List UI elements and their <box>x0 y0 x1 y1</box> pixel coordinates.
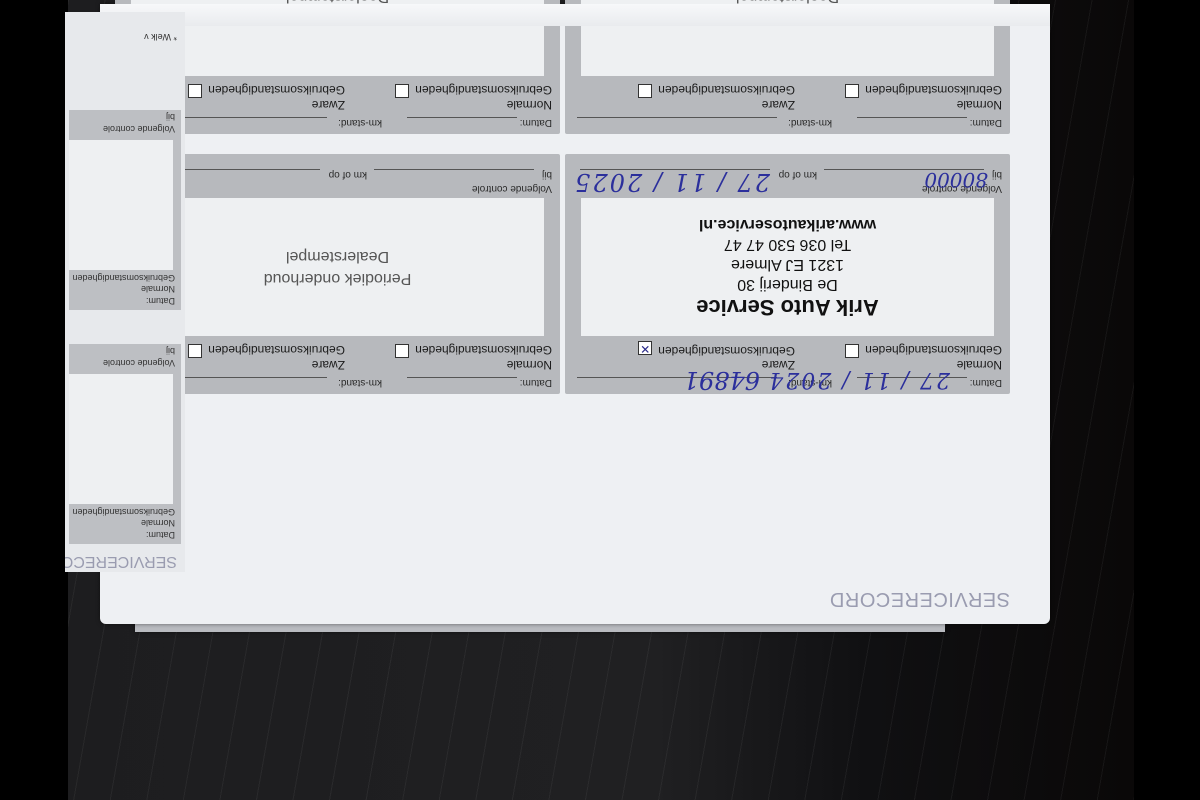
normale-gebruik: Gebruiksomstandigheden <box>395 83 552 98</box>
normale-label: Normale <box>141 518 175 528</box>
zware-gebruik: Gebruiksomstandigheden <box>638 83 795 98</box>
bij-label: bij <box>166 112 175 122</box>
km-stand-label: km-stand: <box>338 377 382 388</box>
km-stand-label: km-stand: <box>788 117 832 128</box>
zware-gebruik: Gebruiksomstandigheden <box>188 343 345 358</box>
normale-checkbox[interactable] <box>845 344 859 358</box>
km-of-op-label: km of op <box>329 169 367 180</box>
zware-checkbox[interactable] <box>188 84 202 98</box>
zware-gebruik: Gebruiksomstandigheden <box>188 83 345 98</box>
volgende-controle-label: Volgende controle <box>103 358 175 368</box>
dealer-stamp-area: Periodiek onderhoud Dealerstempel <box>581 0 994 76</box>
zware-checkbox[interactable] <box>188 344 202 358</box>
bij-label: bij <box>166 346 175 356</box>
normale-checkbox[interactable] <box>395 344 409 358</box>
facing-footnote: * Welk v <box>144 32 177 42</box>
gebruik-label: Gebruiksomstandigheden <box>72 507 175 517</box>
service-entry-3: Datum: km-stand: Normale Gebruiksomstand… <box>565 0 1010 134</box>
periodiek-onderhoud-label: Periodiek onderhoud <box>714 7 862 29</box>
datum-label: Datum: <box>970 377 1002 388</box>
km-of-op-label: km of op <box>779 169 817 180</box>
zware-checkbox[interactable] <box>638 84 652 98</box>
km-stand-line <box>577 117 777 118</box>
zware-label: Zware <box>762 358 795 372</box>
facing-page: SERVICERECORD Datum: Normale Gebruiksoms… <box>65 12 185 572</box>
zware-label: Zware <box>312 358 345 372</box>
datum-label: Datum: <box>520 117 552 128</box>
facing-entry-1: Datum: Normale Gebruiksomstandigheden Vo… <box>69 344 181 544</box>
service-booklet: SERVICERECORD Datum: km-stand: 27 / 11 /… <box>0 0 1200 800</box>
entry-header: Datum: km-stand: <box>123 117 552 128</box>
page-title: SERVICERECORD <box>829 587 1010 610</box>
normale-label: Normale <box>507 358 552 372</box>
stamp-area <box>69 140 173 270</box>
stamp-phone: Tel 036 530 47 47 <box>696 234 879 254</box>
stamp-website: www.arikautoservice.nl <box>696 214 879 234</box>
datum-label: Datum: <box>146 530 175 540</box>
stamp-name: Arik Auto Service <box>696 294 879 320</box>
bij-label: bij <box>542 169 552 180</box>
datum-line <box>407 117 517 118</box>
zware-gebruik: Gebruiksomstandigheden✕ <box>638 341 795 358</box>
datum-label: Datum: <box>970 117 1002 128</box>
normale-gebruik: Gebruiksomstandigheden <box>845 343 1002 358</box>
zware-checkbox-checked[interactable]: ✕ <box>638 341 652 355</box>
datum-line <box>407 377 517 378</box>
normale-label: Normale <box>957 358 1002 372</box>
entry-footer: Volgende controle bij km of op <box>123 183 552 194</box>
handwritten-next-km: 80000 <box>924 168 988 192</box>
datum-label: Datum: <box>146 296 175 306</box>
stamp-city: 1321 EJ Almere <box>696 254 879 274</box>
handwritten-next-date: 27 / 11 / 2025 <box>573 168 770 196</box>
dealerstempel-label: Dealerstempel <box>286 0 389 7</box>
dealer-stamp: Arik Auto Service De Binderij 30 1321 EJ… <box>696 214 879 320</box>
dealerstempel-label: Dealerstempel <box>286 245 389 267</box>
normale-label: Normale <box>141 284 175 294</box>
datum-line <box>857 117 967 118</box>
normale-gebruik: Gebruiksomstandigheden <box>395 343 552 358</box>
stamp-area <box>69 374 173 504</box>
normale-checkbox[interactable] <box>845 84 859 98</box>
normale-label: Normale <box>507 98 552 112</box>
service-record-page: SERVICERECORD Datum: km-stand: 27 / 11 /… <box>100 4 1050 624</box>
dealer-stamp-area: Periodiek onderhoud Dealerstempel <box>131 198 544 336</box>
entry-header: Datum: km-stand: <box>123 377 552 388</box>
entry-header: Datum: km-stand: <box>573 117 1002 128</box>
normale-label: Normale <box>957 98 1002 112</box>
bij-line <box>374 169 534 170</box>
dealer-stamp-area: Arik Auto Service De Binderij 30 1321 EJ… <box>581 198 994 336</box>
service-entry-1: Datum: km-stand: 27 / 11 / 2024 64891 No… <box>565 154 1010 394</box>
volgende-controle-label: Volgende controle <box>103 124 175 134</box>
dealerstempel-label: Dealerstempel <box>736 0 839 7</box>
bij-label: bij <box>992 169 1002 180</box>
stamp-street: De Binderij 30 <box>696 274 879 294</box>
volgende-controle-label: Volgende controle <box>472 183 552 194</box>
handwritten-km: 64891 <box>684 366 760 394</box>
gebruik-label: Gebruiksomstandigheden <box>72 273 175 283</box>
datum-label: Datum: <box>520 377 552 388</box>
facing-page-title: SERVICERECORD <box>65 552 177 570</box>
periodiek-onderhoud-label: Periodiek onderhoud <box>264 7 412 29</box>
normale-checkbox[interactable] <box>395 84 409 98</box>
zware-label: Zware <box>762 98 795 112</box>
facing-entry-2: Datum: Normale Gebruiksomstandigheden Vo… <box>69 110 181 310</box>
periodiek-onderhoud-label: Periodiek onderhoud <box>264 267 412 289</box>
normale-gebruik: Gebruiksomstandigheden <box>845 83 1002 98</box>
zware-label: Zware <box>312 98 345 112</box>
km-stand-label: km-stand: <box>338 117 382 128</box>
dealer-stamp-area: Periodiek onderhoud Dealerstempel <box>131 0 544 76</box>
